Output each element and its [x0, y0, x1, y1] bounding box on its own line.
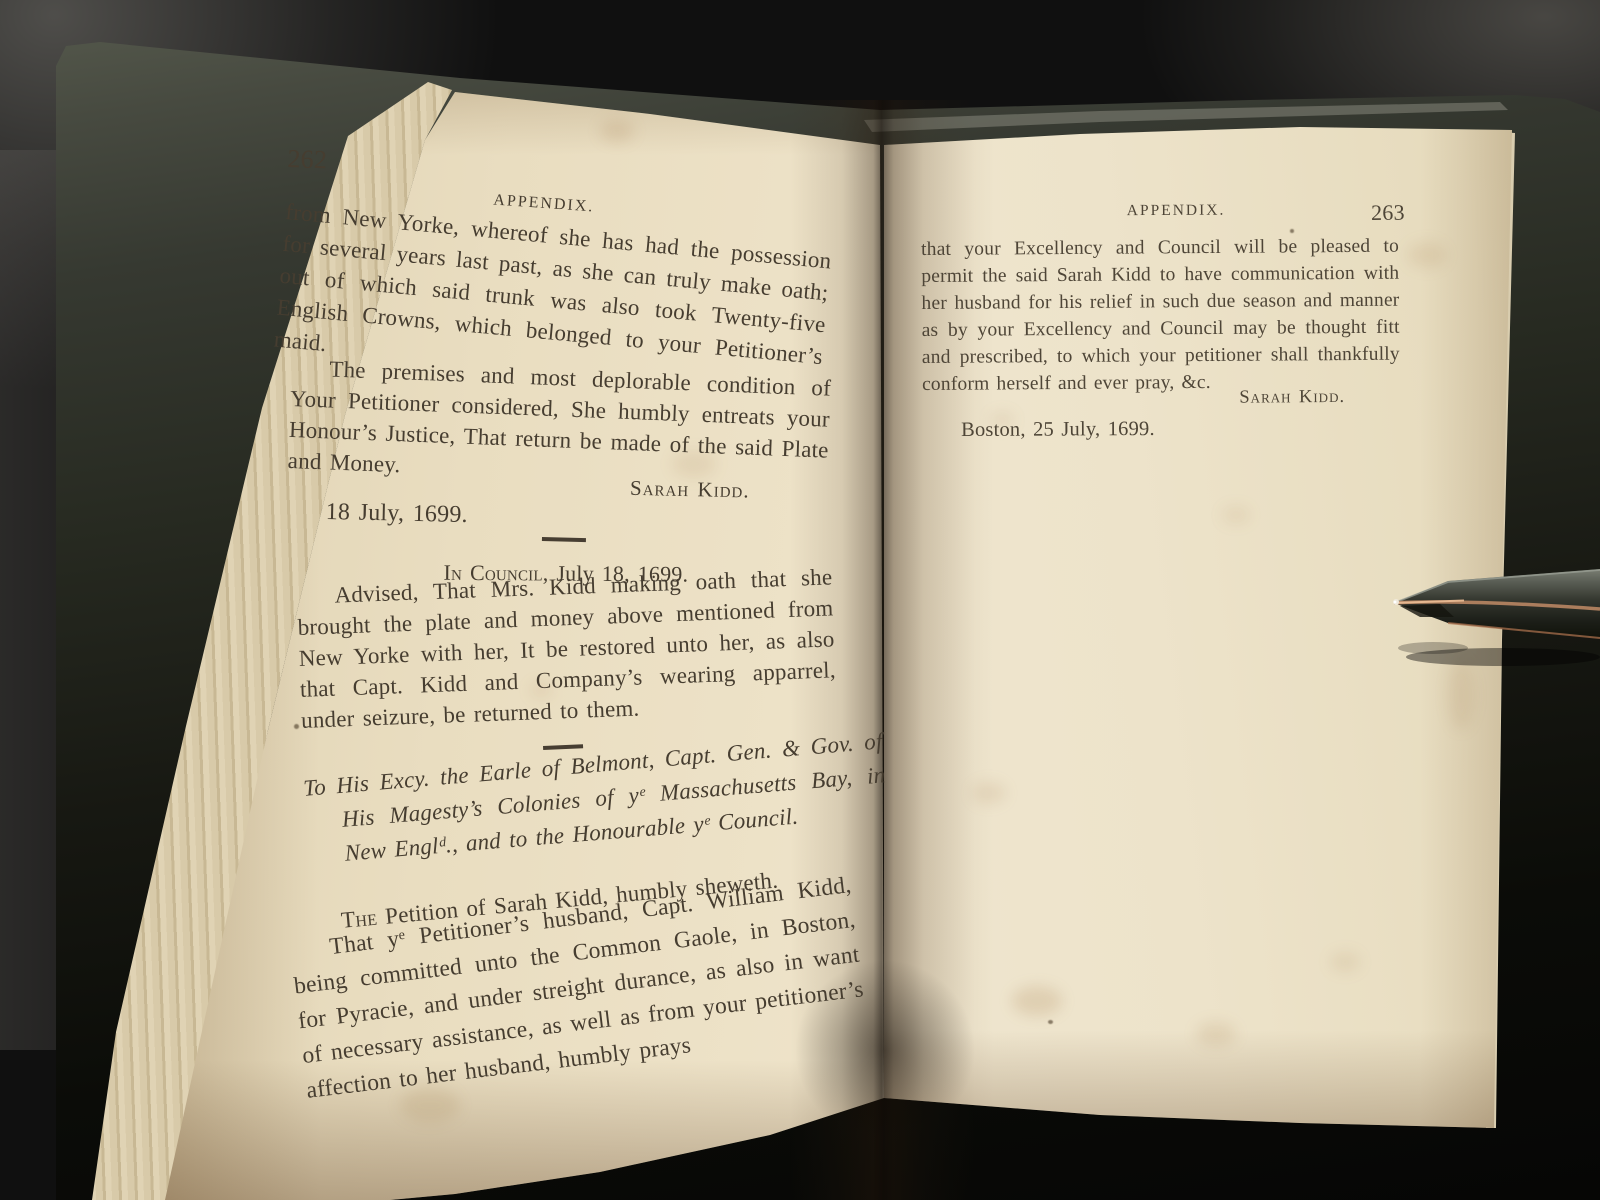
right-running-header: APPENDIX.: [960, 201, 1392, 221]
book-photo: 262 APPENDIX. from New Yorke, whereof sh…: [0, 0, 1600, 1200]
right-page-number: 263: [1371, 200, 1405, 226]
left-date-line: 18 July, 1699.: [325, 499, 468, 529]
right-signature: Sarah Kidd.: [1045, 387, 1345, 410]
ink-speck: [1048, 1020, 1053, 1024]
foxing-spot: [1330, 952, 1360, 972]
ink-speck: [1290, 229, 1294, 233]
right-paragraph-1: that your Excellency and Council will be…: [921, 233, 1400, 398]
foxing-spot: [1448, 660, 1474, 730]
ink-speck: [294, 724, 299, 729]
foxing-spot: [600, 120, 634, 142]
left-paragraph-3: Advised, That Mrs. Kidd making oath that…: [296, 561, 837, 736]
foxing-spot: [1408, 242, 1446, 268]
pen-glint-core: [1394, 601, 1397, 604]
left-page-number: 262: [287, 144, 328, 175]
foxing-spot: [1196, 1022, 1236, 1046]
right-date-line: Boston, 25 July, 1699.: [961, 418, 1155, 442]
foxing-spot: [1012, 986, 1062, 1016]
pen-shadow-inner: [1398, 642, 1468, 654]
foxing-spot: [1222, 506, 1250, 524]
pen: [1378, 545, 1600, 670]
foxing-spot: [972, 782, 1006, 804]
